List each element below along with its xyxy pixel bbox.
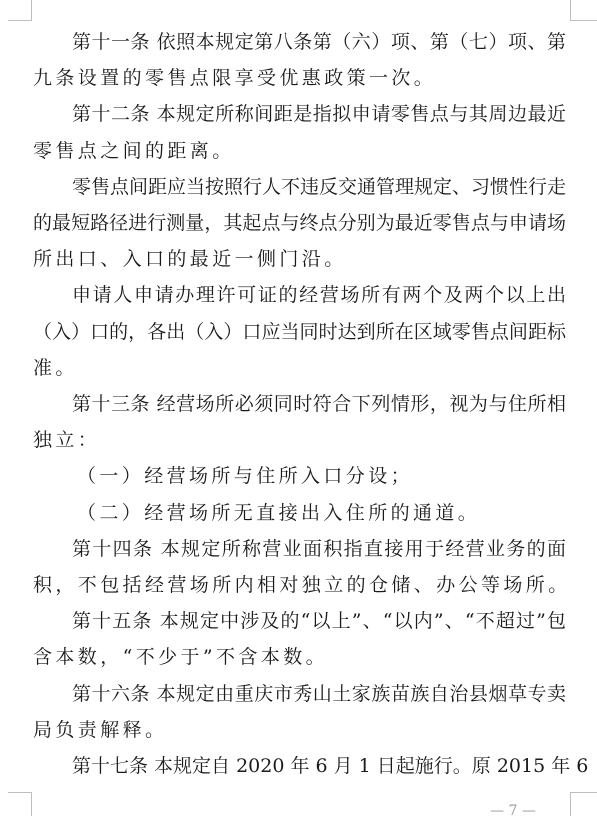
corner-mark-bottom-right-v	[570, 792, 571, 816]
text-line: 九条设置的零售点限享受优惠政策一次。	[33, 60, 566, 96]
corner-mark-bottom-left-v	[31, 792, 32, 816]
corner-mark-top-right-h	[570, 20, 597, 21]
text-line: 所出口、入口的最近一侧门沿。	[33, 241, 566, 277]
list-item: （二）经营场所无直接出入住所的通道。	[77, 495, 377, 531]
text-line: 零售点之间的距离。	[33, 133, 566, 169]
list-item: （一）经营场所与住所入口分设；	[77, 458, 377, 494]
text-line: 的最短路径进行测量，其起点与终点分别为最近零售点与申请场	[33, 205, 566, 241]
text-line: 第十七条 本规定自 2020 年 6 月 1 日起施行。原 2015 年 6	[72, 748, 566, 784]
document-page: 第十一条 依照本规定第八条第（六）项、第（七）项、第 九条设置的零售点限享受优惠…	[0, 0, 597, 826]
text-line: 积，不包括经营场所内相对独立的仓储、办公等场所。	[33, 567, 566, 603]
corner-mark-bottom-right-h	[570, 792, 597, 793]
text-line: （入）口的，各出（入）口应当同时达到所在区域零售点间距标	[33, 314, 566, 350]
corner-mark-top-left-h	[8, 20, 32, 21]
text-line: 申请人申请办理许可证的经营场所有两个及两个以上出	[72, 277, 566, 313]
text-line: 局负责解释。	[33, 712, 566, 748]
text-line: 第十五条 本规定中涉及的“以上”、“以内”、“不超过”包	[72, 603, 566, 639]
text-line: 第十一条 依照本规定第八条第（六）项、第（七）项、第	[72, 24, 566, 60]
text-line: 独立：	[33, 422, 566, 458]
text-line: 零售点间距应当按照行人不违反交通管理规定、习惯性行走	[72, 169, 566, 205]
text-line: 准。	[33, 350, 566, 386]
corner-mark-bottom-left-h	[8, 792, 32, 793]
corner-mark-top-left-v	[31, 0, 32, 20]
text-line: 第十三条 经营场所必须同时符合下列情形，视为与住所相	[72, 386, 566, 422]
corner-mark-top-right-v	[570, 0, 571, 20]
text-line: 第十二条 本规定所称间距是指拟申请零售点与其周边最近	[72, 96, 566, 132]
text-line: 含本数，“不少于”不含本数。	[33, 639, 566, 675]
text-line: 第十四条 本规定所称营业面积指直接用于经营业务的面	[72, 531, 566, 567]
page-number: — 7 —	[478, 801, 548, 821]
text-line: 第十六条 本规定由重庆市秀山土家族苗族自治县烟草专卖	[72, 676, 566, 712]
